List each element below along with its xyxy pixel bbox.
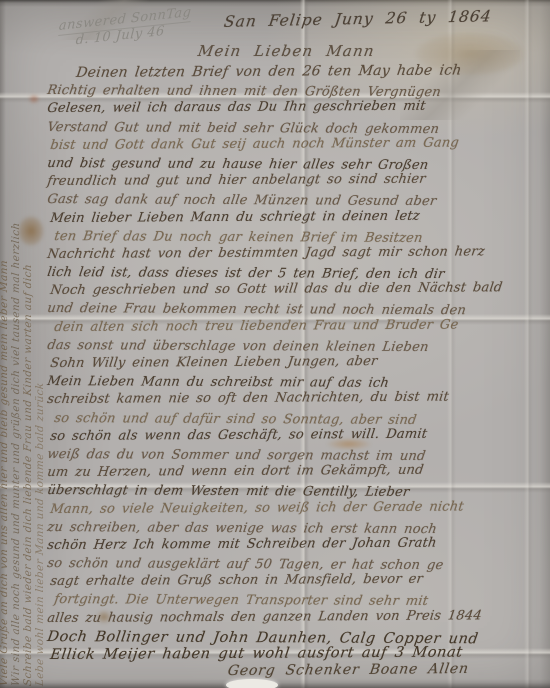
margin-note-line: Schreibe bald wieder dein dich liebende …: [22, 55, 34, 686]
letter-line: Mein lieber Lieben Mann du schriegt in d…: [49, 206, 549, 227]
margin-note-line: Wir sind alle noch gesund und munter und…: [10, 55, 22, 686]
letter-line: Noch geschrieben und so Gott will das du…: [49, 279, 549, 300]
margin-note-line: Viele Grüße an dich von uns allen hier u…: [0, 55, 10, 686]
letter-line: schön Herz Ich komme mit Schreiben der J…: [46, 534, 549, 555]
letter-line: um zu Herzen, und wenn ein dort im Gekäm…: [46, 461, 549, 482]
letter-line: Nachricht hast von der bestimmten Jagd s…: [46, 243, 549, 264]
letter-line: bist und Gott dank Gut seij auch noch Mü…: [49, 134, 549, 155]
ink-stain: [28, 94, 40, 104]
margin-note-line: Lebe wohl mein lieber Mann und komme bal…: [34, 55, 46, 686]
letter-line: dein alten sich noch treu liebenden Frau…: [53, 316, 549, 337]
letter-line: sagt erhalte dein Gruß schon in Mansfiel…: [49, 570, 549, 591]
paper-edge-highlight: [226, 679, 278, 688]
salutation: Mein Lieben Mann: [197, 42, 377, 60]
letter-page: answered SonnTag d. 10 July 46 San Felip…: [0, 0, 550, 688]
margin-cross-writing: Viele Grüße an dich von uns allen hier u…: [0, 56, 50, 688]
letter-line: so schön als wenn das Geschäft, so einst…: [49, 425, 549, 446]
letter-line: schreibst kamen nie so oft den Nachricht…: [46, 388, 549, 409]
letter-line: Deinen letzten Brief von den 26 ten May …: [49, 61, 549, 82]
pencil-annotation: answered SonnTag d. 10 July 46: [57, 5, 192, 50]
dateline: San Felipe Juny 26 ty 1864: [223, 7, 493, 31]
letter-line: freundlich und gut und hier anbelangt so…: [46, 170, 549, 191]
letter-line: Mann, so viele Neuigkeiten, so weiß ich …: [49, 497, 549, 518]
letter-body: Deinen letzten Brief von den 26 ten May …: [46, 64, 546, 664]
letter-line: Ellick Meijer haben gut wohl ausfort auf…: [49, 643, 549, 664]
paper-bottom-edge: [0, 679, 550, 688]
letter-line: Gelesen, weil ich daraus das Du Ihn gesc…: [46, 97, 549, 118]
ink-stain: [18, 216, 44, 246]
letter-line: alles zu hausig nochmals den ganzen Land…: [46, 607, 549, 628]
signature: Georg Schenker Boane Allen: [227, 661, 470, 679]
letter-line: Sohn Willy einen Kleinen Lieben Jungen, …: [49, 352, 549, 373]
